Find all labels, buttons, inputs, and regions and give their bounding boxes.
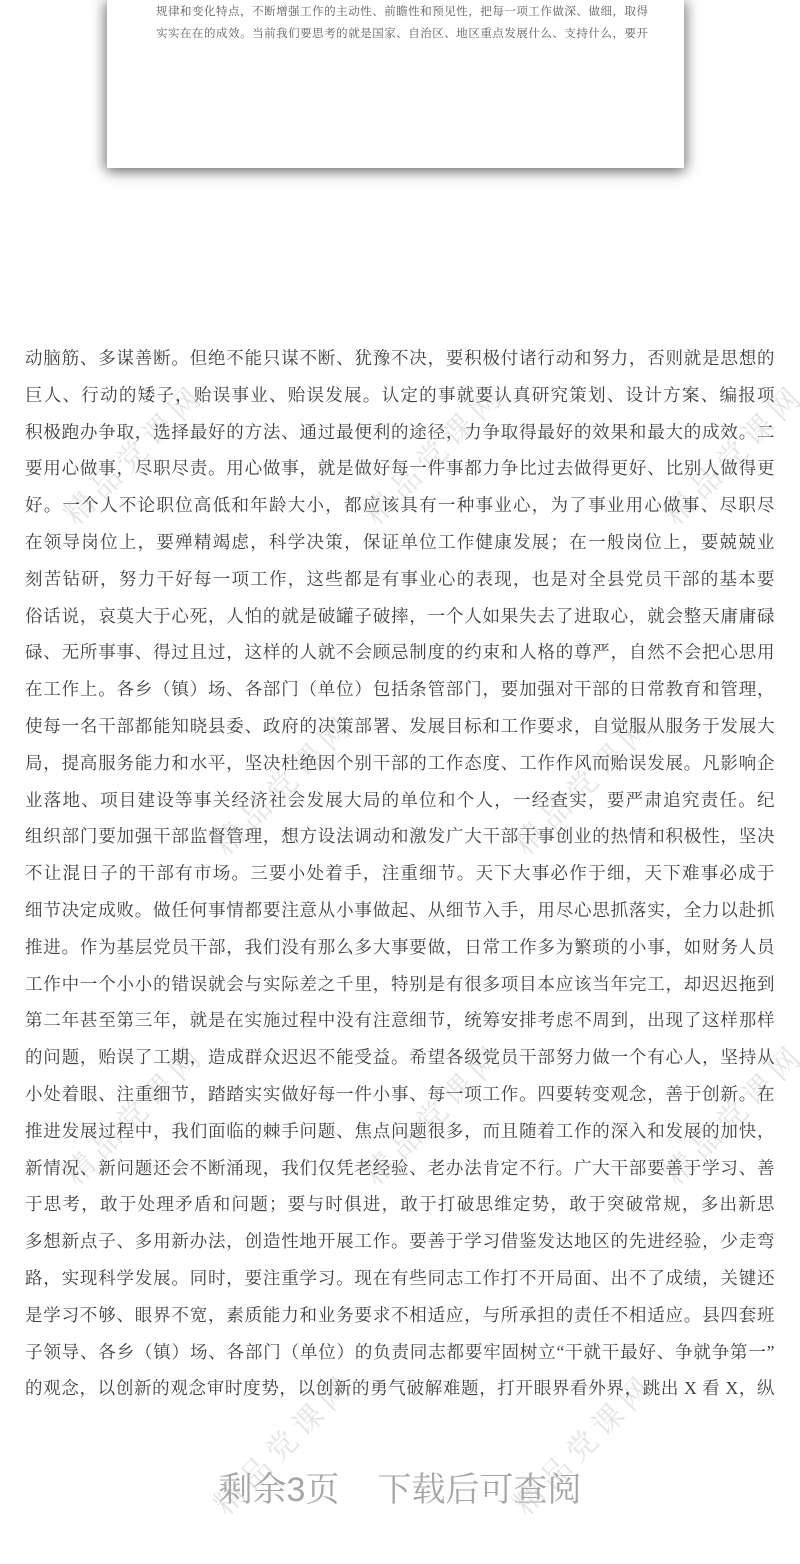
document-text-line: 新情况、新问题还会不断涌现，我们仅凭老经验、老办法肯定不行。广大干部要善于学习、… <box>25 1150 775 1187</box>
document-text-line: 局，提高服务能力和水平，坚决杜绝因个别干部的工作态度、工作作风而贻误发展。凡影响… <box>25 745 775 782</box>
document-text-line: 使每一名干部都能知晓县委、政府的决策部署、发展目标和工作要求，自觉服从服务于发展… <box>25 708 775 745</box>
document-text-line: 动脑筋、多谋善断。但绝不能只谋不断、犹豫不决，要积极付诸行动和努力，否则就是思想… <box>25 340 775 377</box>
document-text-line: 推进。作为基层党员干部，我们没有那么多大事要做，日常工作多为繁琐的小事，如财务人… <box>25 929 775 966</box>
preview-card-line: 实实在在的成效。当前我们要思考的就是国家、自治区、地区重点发展什么、支持什么，要… <box>156 24 648 46</box>
document-preview-card: 规律和变化特点，不断增强工作的主动性、前瞻性和预见性，把每一项工作做深、做细，取… <box>107 0 684 168</box>
document-text-line: 的观念，以创新的观念审时度势，以创新的勇气破解难题，打开眼界看外界，跳出 X 看… <box>25 1370 775 1407</box>
document-text: 动脑筋、多谋善断。但绝不能只谋不断、犹豫不决，要积极付诸行动和努力，否则就是思想… <box>25 340 775 1407</box>
document-text-line: 好。一个人不论职位高低和年龄大小，都应该具有一种事业心，为了事业用心做事、尽职尽… <box>25 487 775 524</box>
document-text-line: 不让混日子的干部有市场。三要小处着手，注重细节。天下大事必作于细，天下难事必成于… <box>25 855 775 892</box>
document-text-line: 积极跑办争取，选择最好的方法、通过最便利的途径，力争取得最好的效果和最大的成效。… <box>25 414 775 451</box>
document-text-line: 是学习不够、眼界不宽，素质能力和业务要求不相适应，与所承担的责任不相适应。县四套… <box>25 1297 775 1334</box>
document-preview-page: { "preview_card": { "lines": [ "规律和变化特点，… <box>0 0 800 1564</box>
document-text-line: 业落地、项目建设等事关经济社会发展大局的单位和个人，一经查实，要严肃追究责任。纪… <box>25 782 775 819</box>
document-text-line: 推进发展过程中，我们面临的棘手问题、焦点问题很多，而且随着工作的深入和发展的加快… <box>25 1113 775 1150</box>
preview-card-text: 规律和变化特点，不断增强工作的主动性、前瞻性和预见性，把每一项工作做深、做细，取… <box>107 0 684 45</box>
document-text-line: 于思考，敢于处理矛盾和问题；要与时俱进，敢于打破思维定势，敢于突破常规，多出新思… <box>25 1186 775 1223</box>
document-text-line: 碌、无所事事、得过且过，这样的人就不会顾忌制度的约束和人格的尊严，自然不会把心思… <box>25 634 775 671</box>
document-text-line: 子领导、各乡（镇）场、各部门（单位）的负责同志都要牢固树立“干就干最好、争就争第… <box>25 1334 775 1371</box>
preview-card-line: 规律和变化特点，不断增强工作的主动性、前瞻性和预见性，把每一项工作做深、做细，取… <box>156 2 648 24</box>
document-text-line: 第二年甚至第三年，就是在实施过程中没有注意细节，统筹安排考虑不周到，出现了这样那… <box>25 1002 775 1039</box>
pages-remaining-label: 剩余3页 <box>219 1462 340 1511</box>
document-text-line: 在工作上。各乡（镇）场、各部门（单位）包括条管部门，要加强对干部的日常教育和管理… <box>25 671 775 708</box>
document-text-line: 刻苦钻研，努力干好每一项工作，这些都是有事业心的表现，也是对全县党员干部的基本要… <box>25 561 775 598</box>
document-text-line: 组织部门要加强干部监督管理，想方设法调动和激发广大干部干事创业的热情和积极性，坚… <box>25 818 775 855</box>
document-text-line: 要用心做事，尽职尽责。用心做事，就是做好每一件事都力争比过去做得更好、比别人做得… <box>25 450 775 487</box>
document-text-line: 工作中一个小小的错误就会与实际差之千里，特别是有很多项目本应该当年完工，却迟迟拖… <box>25 966 775 1003</box>
document-text-line: 小处着眼、注重细节，踏踏实实做好每一件小事、每一项工作。四要转变观念，善于创新。… <box>25 1076 775 1113</box>
document-text-line: 的问题，贻误了工期，造成群众迟迟不能受益。希望各级党员干部努力做一个有心人，坚持… <box>25 1039 775 1076</box>
download-hint-label: 下载后可查阅 <box>377 1462 581 1511</box>
document-text-line: 俗话说，哀莫大于心死，人怕的就是破罐子破摔，一个人如果失去了进取心，就会整天庸庸… <box>25 598 775 635</box>
document-text-line: 在领导岗位上，要殚精竭虑，科学决策，保证单位工作健康发展；在一般岗位上，要兢兢业… <box>25 524 775 561</box>
document-text-line: 细节决定成败。做任何事情都要注意从小事做起、从细节入手，用尽心思抓落实，全力以赴… <box>25 892 775 929</box>
pages-remaining-notice: 剩余3页 下载后可查阅 <box>0 1462 800 1511</box>
document-text-line: 多想新点子、多用新办法，创造性地开展工作。要善于学习借鉴发达地区的先进经验，少走… <box>25 1223 775 1260</box>
document-text-line: 巨人、行动的矮子，贻误事业、贻误发展。认定的事就要认真研究策划、设计方案、编报项… <box>25 377 775 414</box>
document-text-line: 路，实现科学发展。同时，要注重学习。现在有些同志工作打不开局面、出不了成绩，关键… <box>25 1260 775 1297</box>
